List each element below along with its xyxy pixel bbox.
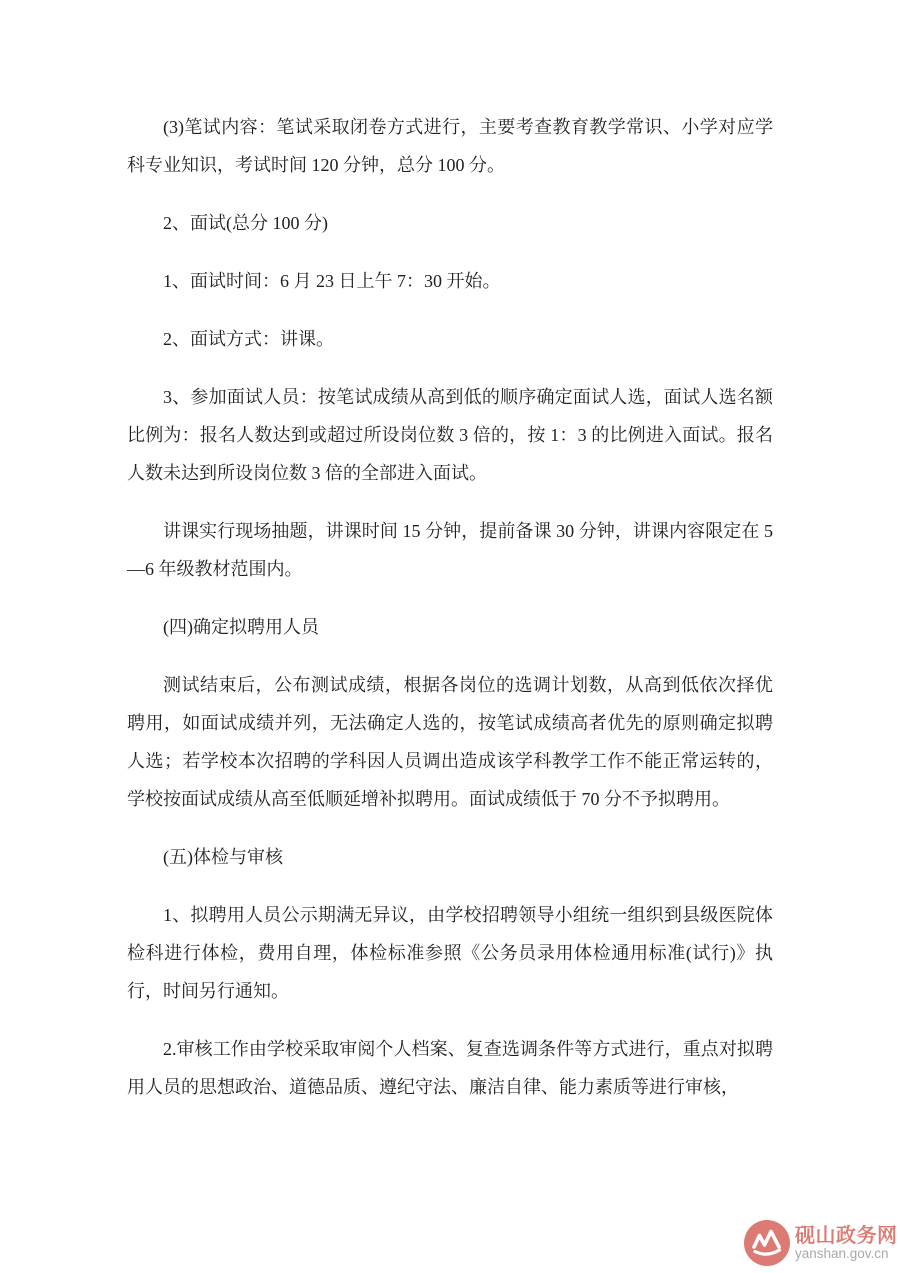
site-url: yanshan.gov.cn [795,1247,898,1261]
paragraph: 2、面试(总分 100 分) [127,204,773,242]
site-watermark: 砚山政务网 yanshan.gov.cn [744,1220,898,1266]
paragraph: (3)笔试内容：笔试采取闭卷方式进行，主要考查教育教学常识、小学对应学科专业知识… [127,108,773,184]
paragraph: 1、拟聘用人员公示期满无异议，由学校招聘领导小组统一组织到县级医院体检科进行体检… [127,896,773,1010]
paragraph: 2.审核工作由学校采取审阅个人档案、复查选调条件等方式进行，重点对拟聘用人员的思… [127,1030,773,1106]
mountain-icon [744,1220,790,1266]
paragraph: 3、参加面试人员：按笔试成绩从高到低的顺序确定面试人选，面试人选名额比例为：报名… [127,378,773,492]
paragraph: (四)确定拟聘用人员 [127,608,773,646]
paragraph: 1、面试时间：6 月 23 日上午 7：30 开始。 [127,262,773,300]
watermark-text-block: 砚山政务网 yanshan.gov.cn [795,1225,898,1261]
site-name: 砚山政务网 [795,1225,898,1247]
paragraph: 测试结束后，公布测试成绩，根据各岗位的选调计划数，从高到低依次择优聘用，如面试成… [127,666,773,818]
document-page: (3)笔试内容：笔试采取闭卷方式进行，主要考查教育教学常识、小学对应学科专业知识… [0,0,900,1273]
paragraph: (五)体检与审核 [127,838,773,876]
paragraph: 2、面试方式：讲课。 [127,320,773,358]
document-body: (3)笔试内容：笔试采取闭卷方式进行，主要考查教育教学常识、小学对应学科专业知识… [127,108,773,1126]
paragraph: 讲课实行现场抽题，讲课时间 15 分钟，提前备课 30 分钟，讲课内容限定在 5… [127,512,773,588]
